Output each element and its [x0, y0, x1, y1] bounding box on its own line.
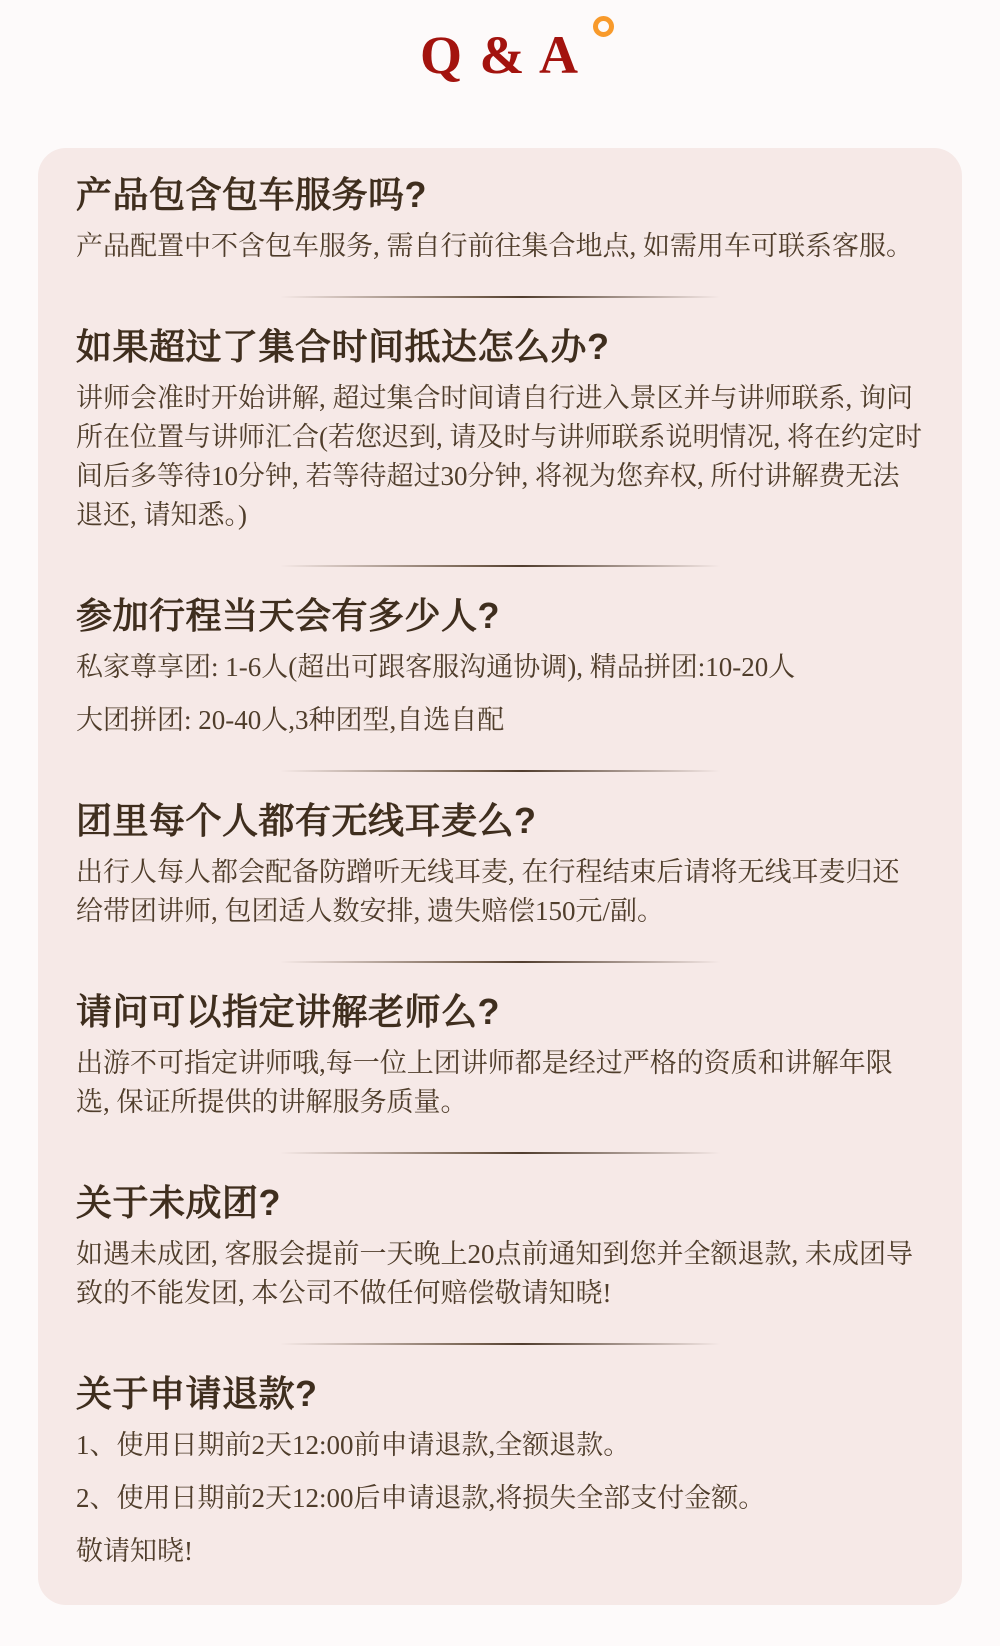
faq-question: 产品包含包车服务吗? [76, 172, 924, 217]
degree-ring-icon [593, 16, 614, 37]
faq-answer: 2、使用日期前2天12:00后申请退款,将损失全部支付金额。 [76, 1479, 924, 1518]
faq-answer: 1、使用日期前2天12:00前申请退款,全额退款。 [76, 1426, 924, 1465]
faq-section-choose-guide: 请问可以指定讲解老师么? 出游不可指定讲师哦,每一位上团讲师都是经过严格的资质和… [76, 989, 924, 1122]
faq-question: 团里每个人都有无线耳麦么? [76, 798, 924, 843]
faq-answer: 产品配置中不含包车服务, 需自行前往集合地点, 如需用车可联系客服。 [76, 227, 924, 266]
faq-answer: 大团拼团: 20-40人,3种团型,自选自配 [76, 701, 924, 740]
faq-question: 如果超过了集合时间抵达怎么办? [76, 324, 924, 369]
section-divider [280, 565, 720, 567]
faq-section-group-size: 参加行程当天会有多少人? 私家尊享团: 1-6人(超出可跟客服沟通协调), 精品… [76, 593, 924, 740]
faq-answer: 讲师会准时开始讲解, 超过集合时间请自行进入景区并与讲师联系, 询问所在位置与讲… [76, 379, 924, 535]
faq-question: 关于未成团? [76, 1180, 924, 1225]
section-divider [280, 296, 720, 298]
qa-header: Q & A [0, 0, 1000, 148]
faq-question: 关于申请退款? [76, 1371, 924, 1416]
faq-answer: 如遇未成团, 客服会提前一天晚上20点前通知到您并全额退款, 未成团导致的不能发… [76, 1235, 924, 1313]
section-divider [280, 1152, 720, 1154]
qa-title-wrap: Q & A [420, 20, 580, 90]
faq-card: 产品包含包车服务吗? 产品配置中不含包车服务, 需自行前往集合地点, 如需用车可… [38, 148, 962, 1605]
faq-section-headset: 团里每个人都有无线耳麦么? 出行人每人都会配备防蹭听无线耳麦, 在行程结束后请将… [76, 798, 924, 931]
section-divider [280, 770, 720, 772]
faq-answer: 出游不可指定讲师哦,每一位上团讲师都是经过严格的资质和讲解年限选, 保证所提供的… [76, 1044, 924, 1122]
qa-title: Q & A [420, 20, 580, 90]
faq-section-transport: 产品包含包车服务吗? 产品配置中不含包车服务, 需自行前往集合地点, 如需用车可… [76, 172, 924, 266]
faq-question: 请问可以指定讲解老师么? [76, 989, 924, 1034]
faq-section-group-fail: 关于未成团? 如遇未成团, 客服会提前一天晚上20点前通知到您并全额退款, 未成… [76, 1180, 924, 1313]
section-divider [280, 1343, 720, 1345]
faq-section-late-arrival: 如果超过了集合时间抵达怎么办? 讲师会准时开始讲解, 超过集合时间请自行进入景区… [76, 324, 924, 535]
faq-question: 参加行程当天会有多少人? [76, 593, 924, 638]
faq-section-refund: 关于申请退款? 1、使用日期前2天12:00前申请退款,全额退款。 2、使用日期… [76, 1371, 924, 1571]
faq-answer: 私家尊享团: 1-6人(超出可跟客服沟通协调), 精品拼团:10-20人 [76, 648, 924, 687]
faq-answer: 出行人每人都会配备防蹭听无线耳麦, 在行程结束后请将无线耳麦归还给带团讲师, 包… [76, 853, 924, 931]
faq-answer: 敬请知晓! [76, 1532, 924, 1571]
section-divider [280, 961, 720, 963]
